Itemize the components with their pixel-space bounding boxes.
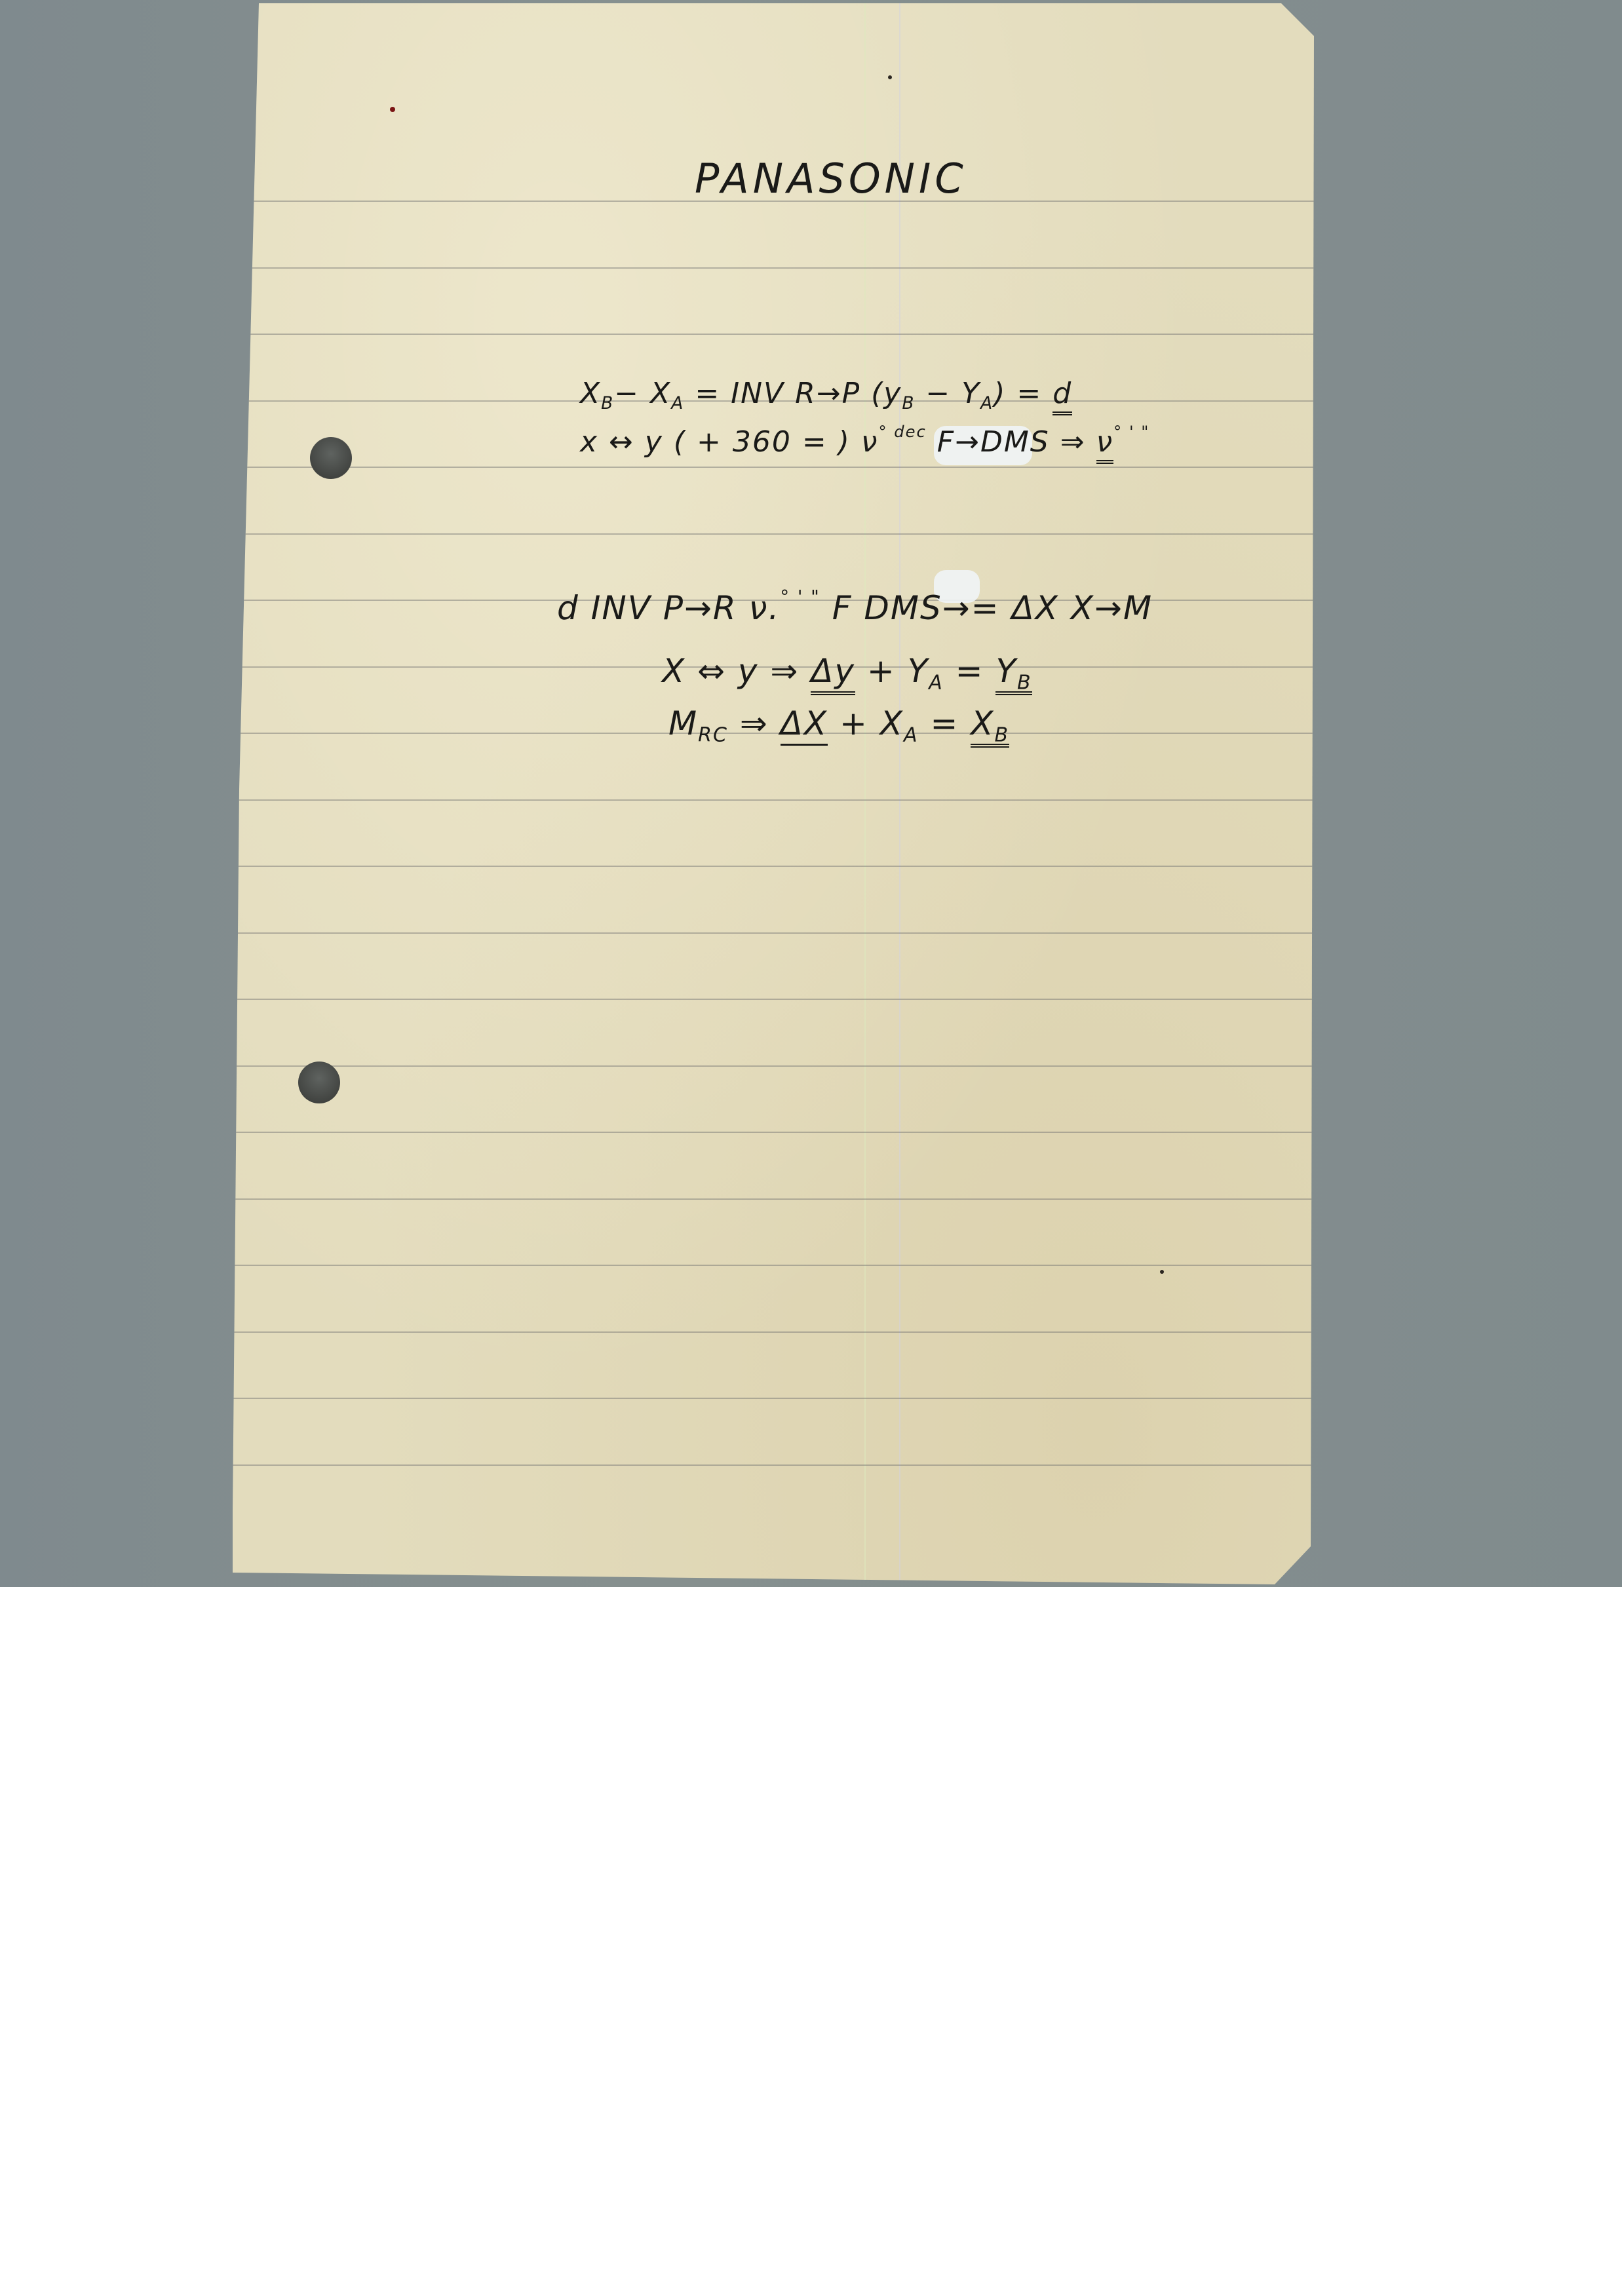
formula-text: = INV R→P (y bbox=[684, 377, 902, 410]
ruled-line bbox=[233, 866, 1314, 867]
formula-subscript: B bbox=[1017, 672, 1032, 695]
formula-text: F DMS→= ΔX X→M bbox=[821, 589, 1153, 627]
ruled-line bbox=[233, 1198, 1314, 1200]
ruled-line bbox=[233, 533, 1314, 535]
formula-text: F→DMS ⇒ bbox=[927, 425, 1096, 459]
ink-speck bbox=[1160, 1270, 1164, 1274]
formula-delta: Δy bbox=[811, 652, 855, 695]
formula-superscript: ° ' " bbox=[780, 586, 820, 607]
formula-text: − Y bbox=[915, 377, 980, 410]
ruled-line bbox=[233, 1331, 1314, 1333]
formula-subscript: B bbox=[601, 393, 614, 413]
margin-line bbox=[899, 3, 900, 1584]
formula-delta: ΔX bbox=[781, 704, 828, 746]
formula-subscript: B bbox=[902, 393, 915, 413]
ruled-line bbox=[233, 1265, 1314, 1266]
formula-line-5: MRC ⇒ ΔX + XA = XB bbox=[668, 704, 1009, 747]
formula-text: x ↔ y ( + 360 = ) ν bbox=[580, 425, 878, 459]
formula-text: ⇒ bbox=[728, 704, 781, 742]
formula-text: = bbox=[919, 704, 971, 742]
formula-text: M bbox=[668, 704, 698, 742]
formula-line-1: XB− XA = INV R→P (yB − YA) = d bbox=[580, 377, 1072, 413]
formula-subscript: A bbox=[980, 393, 994, 413]
ruled-line bbox=[233, 334, 1314, 335]
formula-result: ν bbox=[1096, 425, 1114, 464]
formula-text: = bbox=[944, 652, 996, 690]
ink-speck bbox=[888, 75, 892, 79]
formula-result: d bbox=[1052, 377, 1072, 415]
punch-hole bbox=[310, 437, 352, 479]
formula-text: ) = bbox=[994, 377, 1052, 410]
formula-result: XB bbox=[971, 704, 1009, 748]
ruled-line bbox=[233, 1065, 1314, 1067]
ruled-line bbox=[233, 799, 1314, 801]
ruled-line bbox=[233, 1464, 1314, 1466]
formula-superscript: ° ' " bbox=[1113, 423, 1149, 441]
page-heading: PANASONIC bbox=[695, 155, 967, 202]
formula-text: + Y bbox=[855, 652, 929, 690]
formula-line-4: X ⇔ y ⇒ Δy + YA = YB bbox=[662, 652, 1032, 695]
formula-line-3: d INV P→R ν.° ' " F DMS→= ΔX X→M bbox=[557, 586, 1153, 627]
formula-text: Y bbox=[995, 652, 1017, 690]
notebook-page bbox=[233, 3, 1314, 1584]
formula-subscript: B bbox=[995, 724, 1010, 747]
ruled-line bbox=[233, 467, 1314, 468]
punch-hole bbox=[298, 1062, 340, 1103]
formula-subscript: A bbox=[671, 393, 684, 413]
formula-text: X bbox=[580, 377, 601, 410]
formula-text: + X bbox=[828, 704, 904, 742]
formula-result: YB bbox=[995, 652, 1032, 695]
formula-text: X bbox=[971, 704, 994, 742]
formula-subscript: A bbox=[929, 672, 944, 695]
ruled-line bbox=[233, 267, 1314, 269]
ruled-line bbox=[233, 1132, 1314, 1133]
ruled-line bbox=[233, 1398, 1314, 1399]
formula-line-2: x ↔ y ( + 360 = ) ν° dec F→DMS ⇒ ν° ' " bbox=[580, 423, 1149, 459]
formula-superscript: ° dec bbox=[878, 423, 926, 441]
formula-text: − X bbox=[614, 377, 671, 410]
formula-text: d INV P→R ν. bbox=[557, 589, 780, 627]
formula-subscript: A bbox=[904, 724, 919, 747]
formula-text: X ⇔ y ⇒ bbox=[662, 652, 811, 690]
formula-subscript: RC bbox=[698, 724, 728, 747]
ink-speck bbox=[390, 107, 395, 112]
ruled-line bbox=[233, 999, 1314, 1000]
ruled-line bbox=[233, 932, 1314, 934]
margin-line bbox=[864, 3, 866, 1584]
